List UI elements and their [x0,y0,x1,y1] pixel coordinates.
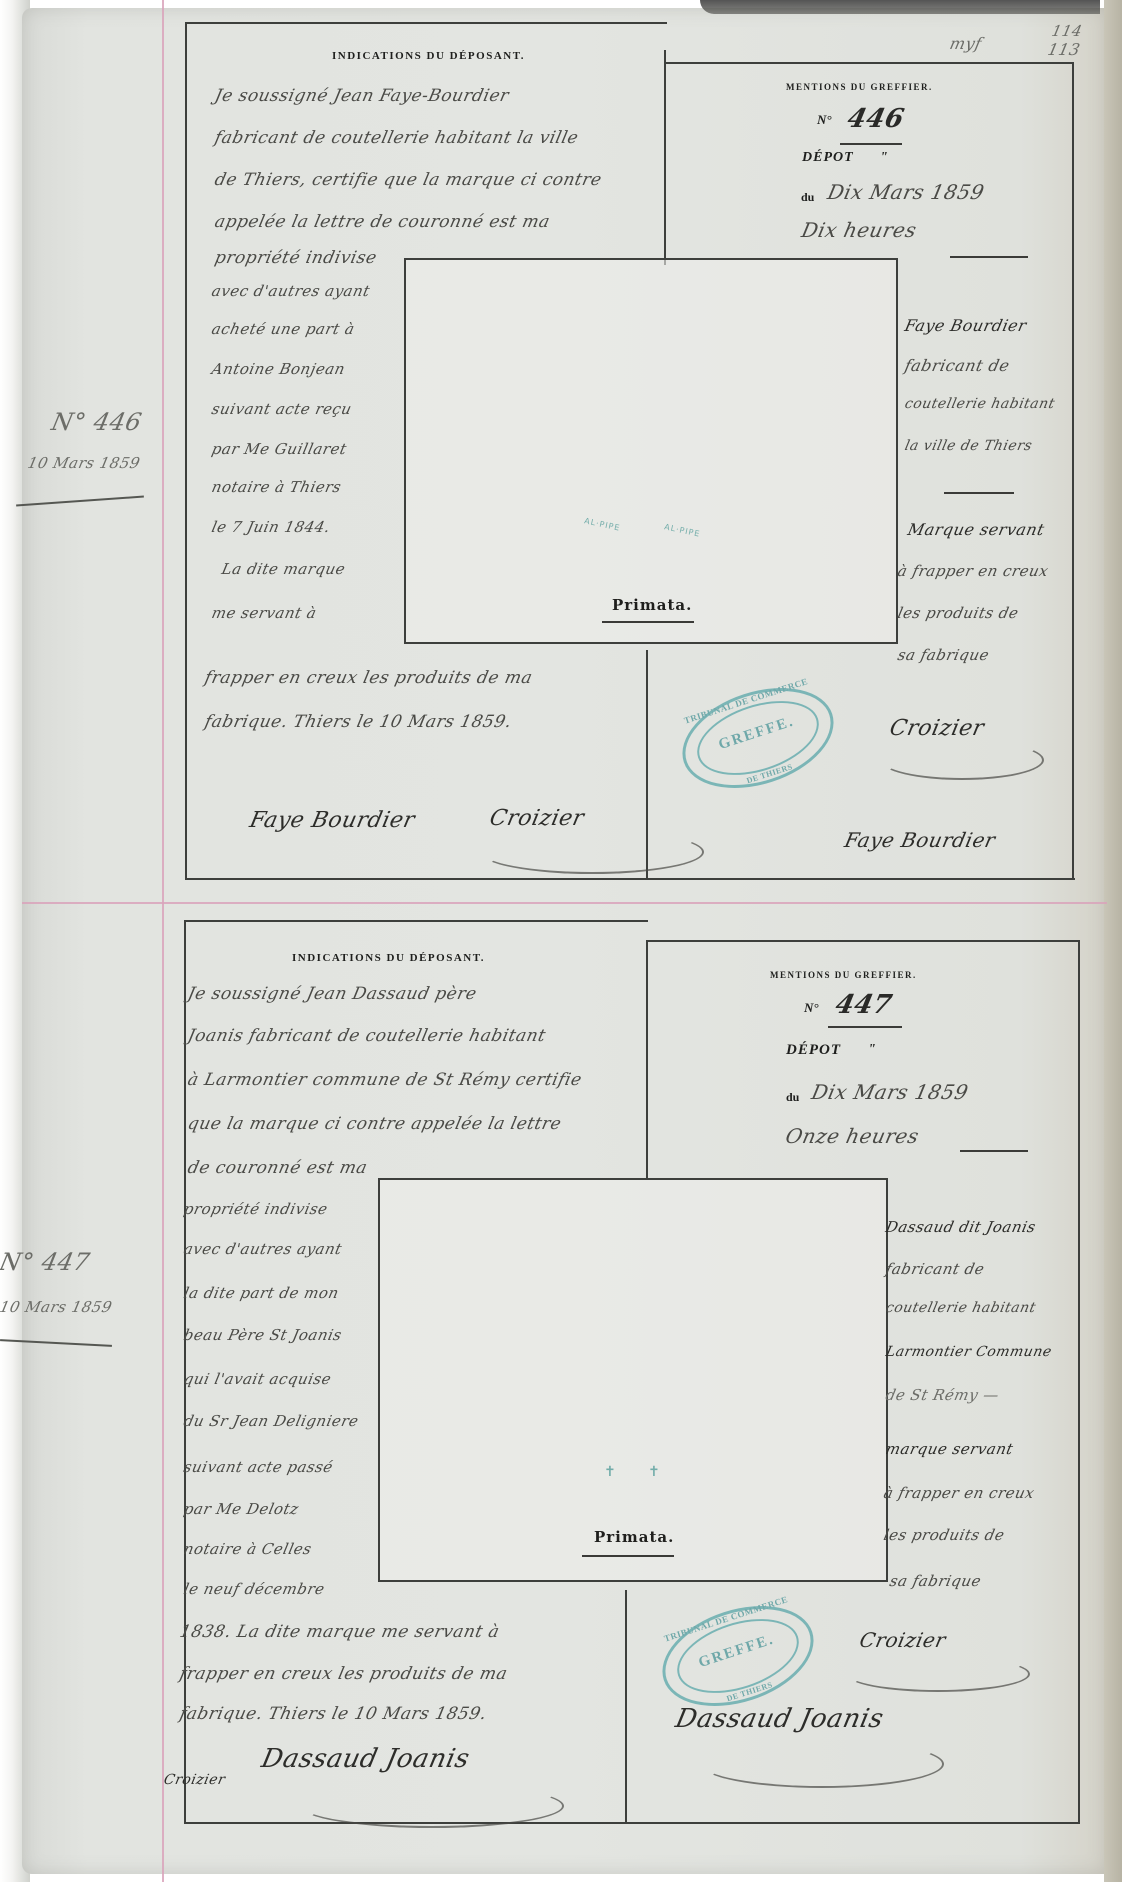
declaration-line: Joanis fabricant de coutellerie habitant [186,1026,548,1046]
signature-flourish [700,1740,944,1788]
clerk-note-line: à frapper en creux [882,1484,1036,1502]
clerk-signature: Croizier [857,1628,948,1652]
folio-old: 114 [1050,22,1084,40]
trademark-box [378,1178,888,1582]
declaration-line: beau Père St Joanis [182,1326,344,1344]
clerk-note-line: coutellerie habitant [884,1300,1037,1316]
margin-entry-date: 10 Mars 1859 [26,454,142,472]
depositor-signature: Faye Bourdier [247,808,417,833]
book-cover-edge [700,0,1100,14]
entry-divider-rule [22,902,1107,904]
declaration-line: propriété indivise [213,248,379,268]
folio-number: 113 [1046,40,1082,59]
margin-entry-date: 10 Mars 1859 [0,1298,114,1316]
declaration-line: acheté une part à [210,320,356,338]
declaration-line: la dite part de mon [182,1284,341,1302]
trademark-label: Primata. [594,1528,674,1546]
deposit-mark: " [868,1042,876,1058]
margin-entry-number: N° 446 [49,408,144,436]
trademark-box [404,258,898,644]
clerk-note-line: fabricant de [884,1260,986,1278]
trademark-label: Primata. [612,596,692,614]
declaration-line: à Larmontier commune de St Rémy certifie [186,1070,584,1090]
hour-rule [960,1150,1028,1152]
clerk-note-line: de St Rémy — [884,1386,1001,1404]
declaration-line: Je soussigné Jean Faye-Bourdier [213,86,511,106]
signature-flourish [480,830,704,874]
margin-rule-left [162,0,164,1882]
deposit-hour: Onze heures [783,1124,921,1148]
clerk-heading: Mentions du greffier. [786,82,933,92]
deposit-number-rule [840,143,902,145]
declaration-line: 1838. La dite marque me servant à [178,1622,502,1642]
declaration-line: par Me Guillaret [210,440,348,458]
depositor-signature: Faye Bourdier [842,828,997,852]
declaration-line: le 7 Juin 1844. [210,518,332,536]
declaration-line: Je soussigné Jean Dassaud père [186,984,479,1004]
deposit-date: Dix Mars 1859 [825,180,986,204]
declaration-line: me servant à [210,604,318,622]
declaration-line: appelée la lettre de couronné est ma [213,212,552,232]
declaration-line: de couronné est ma [186,1158,369,1178]
declaration-line: propriété indivise [182,1200,329,1218]
entry-bottom-rule [185,878,1075,880]
declaration-line: suivant acte passé [182,1458,335,1476]
margin-entry-number: N° 447 [0,1248,92,1276]
declaration-line: de Thiers, certifie que la marque ci con… [213,170,604,190]
clerk-note-line: coutellerie habitant [903,396,1056,412]
clerk-note-line: Larmontier Commune [884,1344,1053,1360]
declaration-line: frapper en creux les produits de ma [178,1664,509,1684]
clerk-note-line: Dassaud dit Joanis [884,1218,1038,1236]
deposit-number-rule [828,1026,902,1028]
declaration-line: que la marque ci contre appelée la lettr… [186,1114,563,1134]
clerk-signature: Croizier [887,716,986,741]
deposit-hour: Dix heures [799,218,918,242]
signature-flourish [880,740,1044,780]
declaration-line: du Sr Jean Deligniere [182,1412,360,1430]
declaration-line: avec d'autres ayant [210,282,372,300]
declaration-line: avec d'autres ayant [182,1240,344,1258]
deposit-mark: " [880,150,888,166]
deposit-label: DÉPOT [786,1042,841,1059]
clerk-signature: Croizier [162,1772,227,1788]
deposit-date: Dix Mars 1859 [809,1080,970,1104]
declaration-line: Antoine Bonjean [210,360,347,378]
column-divider-lower [625,1590,627,1822]
deposit-number: 447 [833,990,895,1020]
clerk-note-line: Faye Bourdier [903,316,1029,335]
declaration-line: La dite marque [220,560,347,578]
signature-flourish [846,1656,1030,1692]
clerk-note-line: la ville de Thiers [903,438,1033,454]
trademark-impression: ✝ [604,1464,617,1480]
clerk-note-line: les produits de [896,604,1020,622]
number-label: N° [804,1000,819,1016]
declaration-line: notaire à Celles [182,1540,313,1558]
trademark-label-rule [602,621,694,623]
declaration-line: fabrique. Thiers le 10 Mars 1859. [203,712,514,732]
declaration-line: suivant acte reçu [210,400,353,418]
depositor-heading: Indications du déposant. [292,952,485,964]
date-prefix: du [801,190,814,205]
depositor-signature: Dassaud Joanis [259,1744,473,1774]
page-edge [1104,0,1122,1882]
declaration-line: qui l'avait acquise [182,1370,333,1388]
deposit-number: 446 [845,104,907,134]
clerk-note-line: fabricant de [903,356,1012,375]
depositor-heading: Indications du déposant. [332,50,525,62]
date-prefix: du [786,1090,799,1105]
declaration-line: fabrique. Thiers le 10 Mars 1859. [178,1704,489,1724]
declaration-line: par Me Delotz [182,1500,300,1518]
clerk-heading: Mentions du greffier. [770,970,917,980]
clerk-note-line: Marque servant [906,520,1046,539]
top-annotation: myf [948,34,984,53]
hour-rule [950,256,1028,258]
trademark-label-rule [582,1555,674,1557]
declaration-line: fabricant de coutellerie habitant la vil… [213,128,580,148]
clerk-note-rule [944,492,1014,494]
deposit-label: DÉPOT [802,150,854,166]
number-label: N° [817,112,832,128]
trademark-impression: ✝ [648,1464,661,1480]
clerk-signature: Croizier [487,806,586,831]
declaration-line: le neuf décembre [182,1580,326,1598]
clerk-note-line: à frapper en creux [896,562,1050,580]
clerk-note-line: sa fabrique [896,646,991,664]
clerk-note-line: les produits de [882,1526,1006,1544]
clerk-note-line: marque servant [884,1440,1015,1458]
declaration-line: frapper en creux les produits de ma [203,668,534,688]
declaration-line: notaire à Thiers [210,478,343,496]
clerk-note-line: sa fabrique [888,1572,983,1590]
signature-flourish [300,1784,564,1828]
